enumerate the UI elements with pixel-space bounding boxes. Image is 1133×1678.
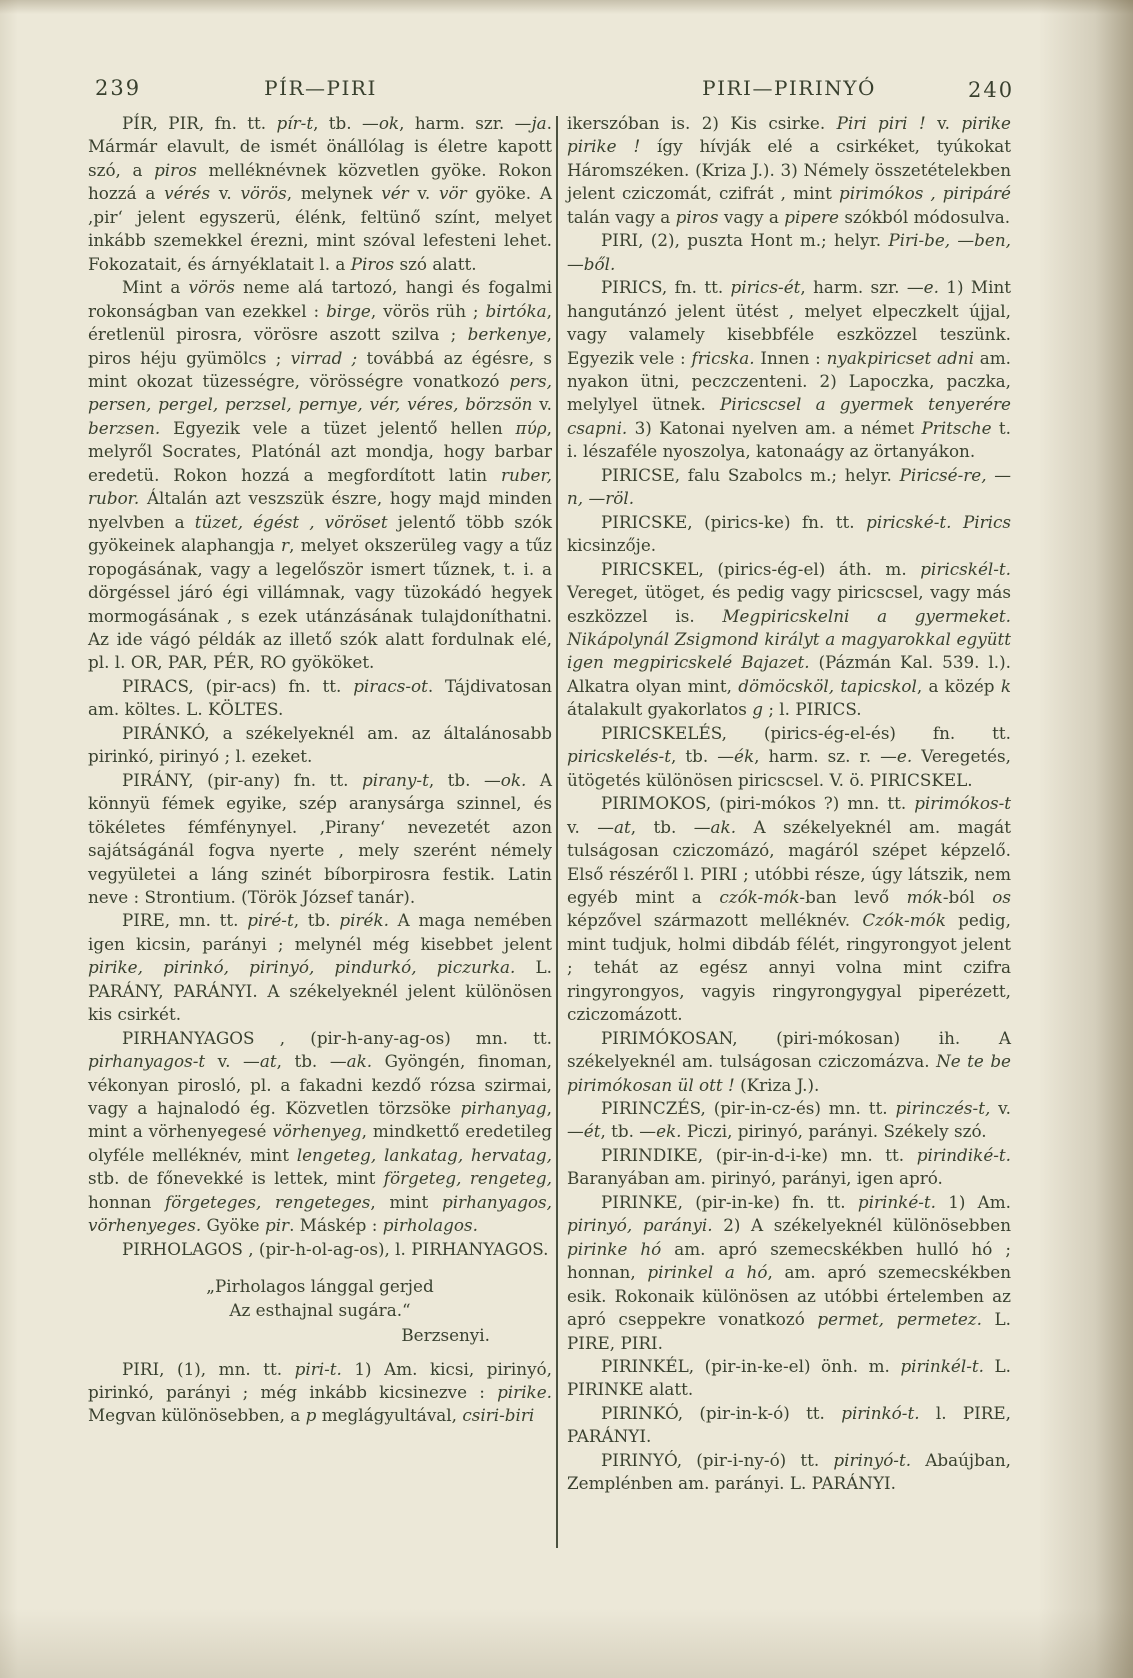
entry-piricskeles: PIRICSKELÉS, (pirics-ég-el-és) fn. tt. p…	[567, 722, 1011, 792]
entry-piricse: PIRICSE, falu Szabolcs m.; helyr. Pirics…	[567, 464, 1011, 511]
entry-piri-1: PIRI, (1), mn. tt. piri-t. 1) Am. kicsi,…	[88, 1358, 552, 1428]
entry-pirany: PIRÁNY, (pir-any) fn. tt. pirany-t, tb. …	[88, 769, 552, 910]
verse-line: Az esthajnal sugára.“	[88, 1299, 552, 1322]
entry-piracs: PIRACS, (pir-acs) fn. tt. piracs-ot. Táj…	[88, 675, 552, 722]
text-column-right: ikerszóban is. 2) Kis csirke. Piri piri …	[567, 112, 1011, 1496]
page-number-right: 240	[968, 78, 1014, 102]
entry-pirinkel: PIRINKÉL, (pir-in-ke-el) önh. m. pirinké…	[567, 1355, 1011, 1402]
running-head-right: PIRI—PIRINYÓ	[567, 76, 1011, 100]
entry-pirholagos: PIRHOLAGOS , (pir-h-ol-ag-os), l. PIRHAN…	[88, 1238, 552, 1261]
running-header: 239 PÍR—PIRI PIRI—PIRINYÓ 240	[0, 76, 1133, 106]
verse-pirholagos: „Pirholagos lánggal gerjedAz esthajnal s…	[88, 1275, 552, 1322]
text-column-left: PÍR, PIR, fn. tt. pír-t, tb. —ok, harm. …	[88, 112, 552, 1428]
column-divider-rule	[556, 116, 558, 1548]
entry-piri-1-continued: ikerszóban is. 2) Kis csirke. Piri piri …	[567, 112, 1011, 229]
entry-pirinyo: PIRINYÓ, (pir-i-ny-ó) tt. pirinyó-t. Aba…	[567, 1449, 1011, 1496]
entry-pire: PIRE, mn. tt. piré-t, tb. pirék. A maga …	[88, 909, 552, 1026]
entry-piricskel: PIRICSKEL, (pirics-ég-el) áth. m. pirics…	[567, 558, 1011, 722]
entry-pirinke: PIRINKE, (pir-in-ke) fn. tt. pirinké-t. …	[567, 1191, 1011, 1355]
entry-piri-2: PIRI, (2), puszta Hont m.; helyr. Piri-b…	[567, 229, 1011, 276]
entry-pir-2: Mint a vörös neme alá tartozó, hangi és …	[88, 276, 552, 675]
entry-pirimokosan: PIRIMÓKOSAN, (piri-mókosan) ih. A székel…	[567, 1027, 1011, 1097]
entry-pirinczes: PIRINCZÉS, (pir-in-cz-és) mn. tt. pirinc…	[567, 1097, 1011, 1144]
entry-pirimokos: PIRIMOKOS, (piri-mókos ?) mn. tt. pirimó…	[567, 792, 1011, 1027]
dictionary-page-scan: 239 PÍR—PIRI PIRI—PIRINYÓ 240 PÍR, PIR, …	[0, 0, 1133, 1678]
running-head-left: PÍR—PIRI	[88, 76, 553, 100]
entry-piricske: PIRICSKE, (pirics-ke) fn. tt. piricské-t…	[567, 511, 1011, 558]
verse-line: „Pirholagos lánggal gerjed	[88, 1275, 552, 1298]
entry-pirindike: PIRINDIKE, (pir-in-d-i-ke) mn. tt. pirin…	[567, 1144, 1011, 1191]
entry-pirics: PIRICS, fn. tt. pirics-ét, harm. szr. —e…	[567, 276, 1011, 464]
entry-pirinko: PIRINKÓ, (pir-in-k-ó) tt. pirinkó-t. l. …	[567, 1402, 1011, 1449]
entry-piranko: PIRÁNKÓ, a székelyeknél am. az általános…	[88, 722, 552, 769]
verse-attribution: Berzsenyi.	[88, 1324, 552, 1347]
entry-pirhanyagos: PIRHANYAGOS , (pir-h-any-ag-os) mn. tt. …	[88, 1027, 552, 1238]
entry-pir-1: PÍR, PIR, fn. tt. pír-t, tb. —ok, harm. …	[88, 112, 552, 276]
